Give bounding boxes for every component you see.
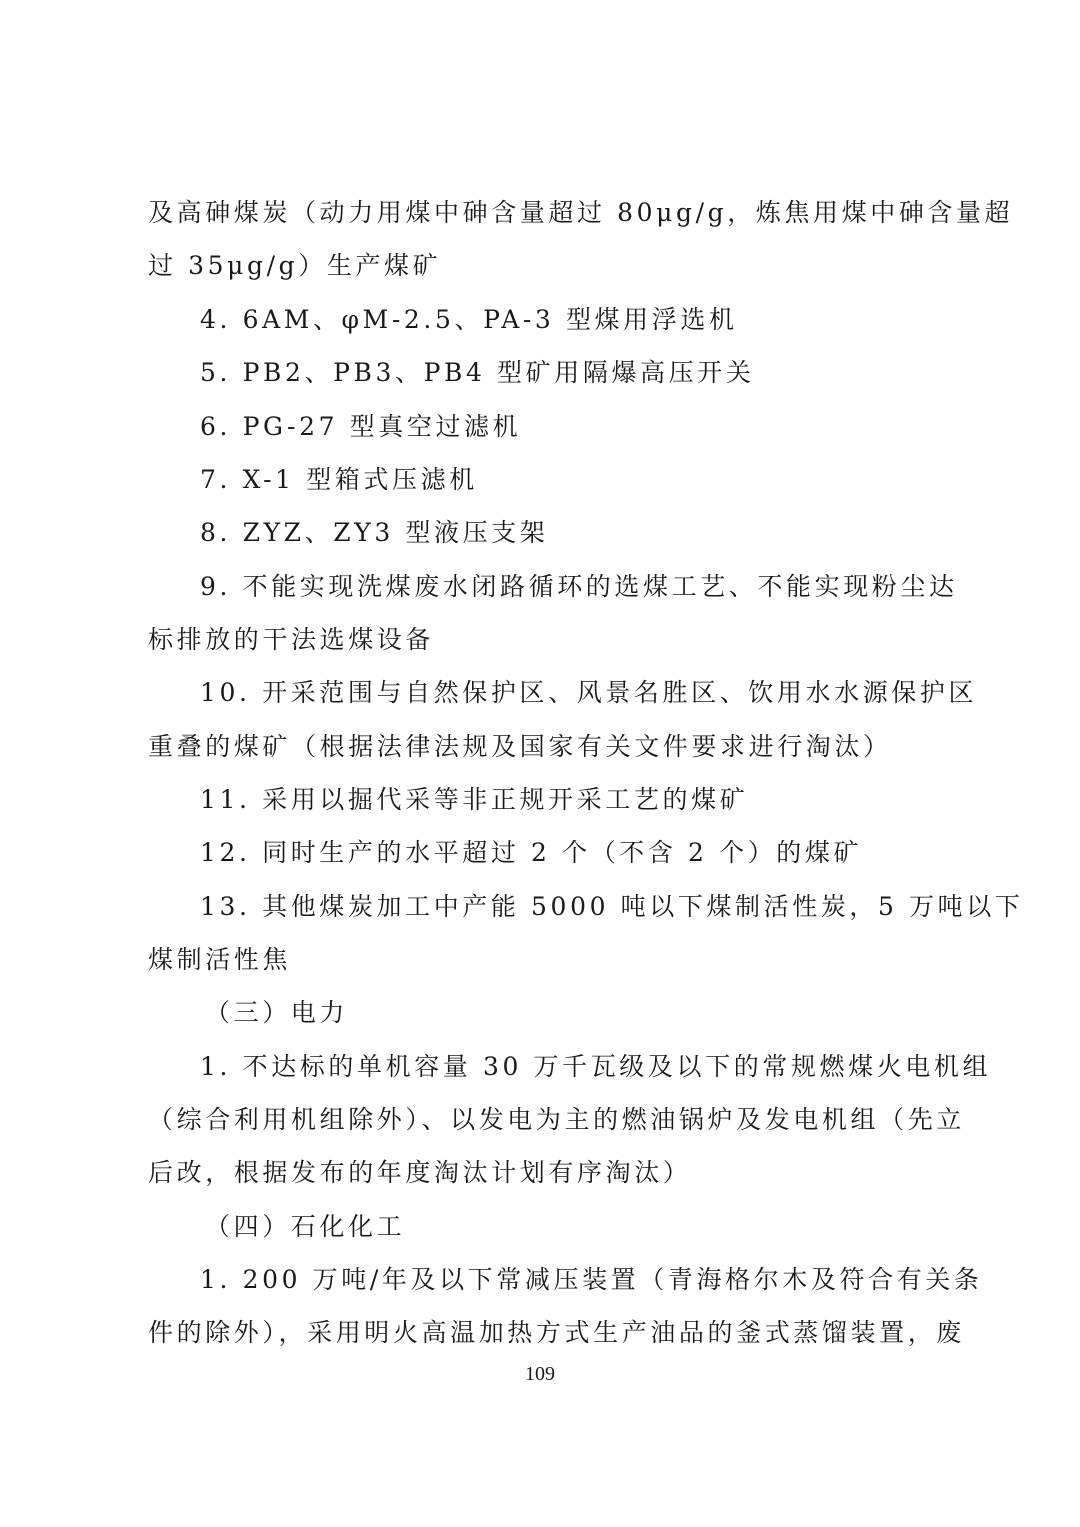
text-line: 11. 采用以掘代采等非正规开采工艺的煤矿 <box>200 785 934 815</box>
text-line: 煤制活性焦 <box>148 945 934 975</box>
text-line: 9. 不能实现洗煤废水闭路循环的选煤工艺、不能实现粉尘达 <box>200 572 934 602</box>
text-line: 后改，根据发布的年度淘汰计划有序淘汰） <box>148 1158 934 1188</box>
text-line: 1. 200 万吨/年及以下常减压装置（青海格尔木及符合有关条 <box>200 1265 934 1295</box>
text-line: 1. 不达标的单机容量 30 万千瓦级及以下的常规燃煤火电机组 <box>200 1052 934 1082</box>
text-line: 重叠的煤矿（根据法律法规及国家有关文件要求进行淘汰） <box>148 732 934 762</box>
section-heading: （三）电力 <box>205 998 991 1028</box>
text-line: 13. 其他煤炭加工中产能 5000 吨以下煤制活性炭，5 万吨以下 <box>200 892 934 922</box>
text-line: 4. 6AM、φM-2.5、PA-3 型煤用浮选机 <box>200 305 934 335</box>
text-line: 7. X-1 型箱式压滤机 <box>200 465 934 495</box>
text-line: （综合利用机组除外）、以发电为主的燃油锅炉及发电机组（先立 <box>148 1105 934 1135</box>
text-line: 标排放的干法选煤设备 <box>148 625 934 655</box>
page-number: 109 <box>0 1362 1080 1386</box>
text-line: 及高砷煤炭（动力用煤中砷含量超过 80μg/g，炼焦用煤中砷含量超 <box>148 198 934 228</box>
text-line: 6. PG-27 型真空过滤机 <box>200 412 934 442</box>
document-page: 及高砷煤炭（动力用煤中砷含量超过 80μg/g，炼焦用煤中砷含量超过 35μg/… <box>0 0 1080 1527</box>
text-line: 8. ZYZ、ZY3 型液压支架 <box>200 518 934 548</box>
text-line: 5. PB2、PB3、PB4 型矿用隔爆高压开关 <box>200 358 934 388</box>
text-line: 12. 同时生产的水平超过 2 个（不含 2 个）的煤矿 <box>200 838 934 868</box>
text-line: 过 35μg/g）生产煤矿 <box>148 251 934 281</box>
section-heading: （四）石化化工 <box>205 1212 991 1242</box>
text-line: 件的除外），采用明火高温加热方式生产油品的釜式蒸馏装置，废 <box>148 1318 934 1348</box>
text-line: 10. 开采范围与自然保护区、风景名胜区、饮用水水源保护区 <box>200 678 934 708</box>
